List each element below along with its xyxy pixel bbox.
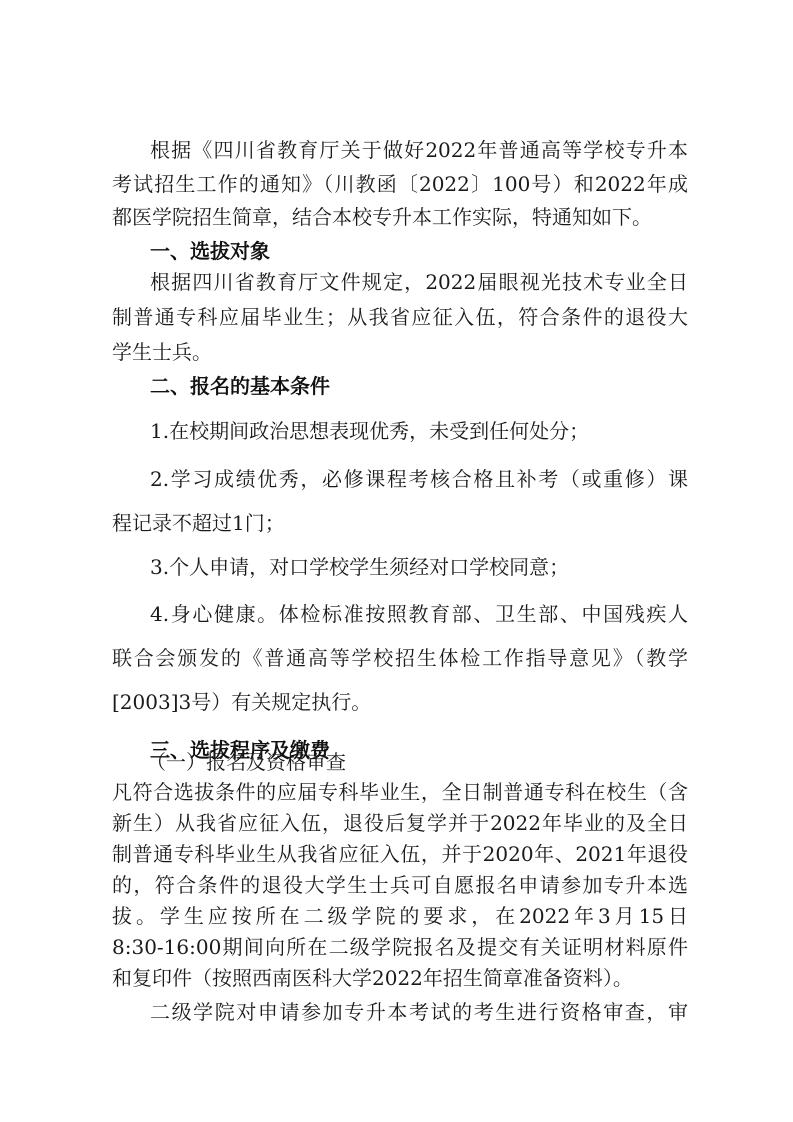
section1-line-2: 制普通专科应届毕业生；从我省应征入伍，符合条件的退役大 (112, 302, 688, 332)
review-line-1: 二级学院对申请参加专升本考试的考生进行资格审查，审 (150, 997, 688, 1027)
section1-line-1: 根据四川省教育厅文件规定，2022届眼视光技术专业全日 (150, 267, 688, 297)
registration-line-6: 8:30-16:00期间向所在二级学院报名及提交有关证明材料原件 (112, 932, 688, 962)
registration-line-2: 新生）从我省应征入伍，退役后复学并于2022年毕业的及全日 (112, 808, 688, 838)
condition-item-4: 4.身心健康。体检标准按照教育部、卫生部、中国残疾人 (150, 599, 688, 629)
section-heading-selection-target: 一、选拔对象 (150, 236, 270, 266)
condition-item-4-cont: 联合会颁发的《普通高等学校招生体检工作指导意见》（教学 (112, 643, 688, 673)
intro-line-2: 考试招生工作的通知》（川教函〔2022〕100号）和2022年成 (112, 169, 688, 199)
intro-line-3: 都医学院招生简章，结合本校专升本工作实际，特通知如下。 (112, 202, 688, 232)
registration-line-3: 制普通专科毕业生从我省应征入伍，并于2020年、2021年退役 (112, 839, 688, 869)
registration-line-5: 拔。学生应按所在二级学院的要求，在2022年3月15日 (112, 901, 688, 931)
condition-item-1: 1.在校期间政治思想表现优秀，未受到任何处分； (150, 416, 688, 446)
section1-line-3: 学生士兵。 (112, 337, 688, 367)
condition-item-3: 3.个人申请，对口学校学生须经对口学校同意； (150, 552, 688, 582)
document-page: 根据《四川省教育厅关于做好2022年普通高等学校专升本 考试招生工作的通知》（川… (0, 0, 793, 1122)
condition-item-2: 2.学习成绩优秀，必修课程考核合格且补考（或重修）课 (150, 464, 688, 494)
subsection-heading-registration: （一）报名及资格审查 (146, 747, 346, 777)
registration-line-4: 的，符合条件的退役大学生士兵可自愿报名申请参加专升本选 (112, 870, 688, 900)
condition-item-4-end: [2003]3号）有关规定执行。 (112, 687, 688, 717)
intro-line-1: 根据《四川省教育厅关于做好2022年普通高等学校专升本 (150, 135, 688, 165)
condition-item-2-cont: 程记录不超过1门； (112, 508, 688, 538)
registration-line-1: 凡符合选拔条件的应届专科毕业生，全日制普通专科在校生（含 (112, 777, 688, 807)
section-heading-basic-conditions: 二、报名的基本条件 (150, 371, 330, 401)
registration-line-7: 和复印件（按照西南医科大学2022年招生简章准备资料）。 (112, 963, 688, 993)
